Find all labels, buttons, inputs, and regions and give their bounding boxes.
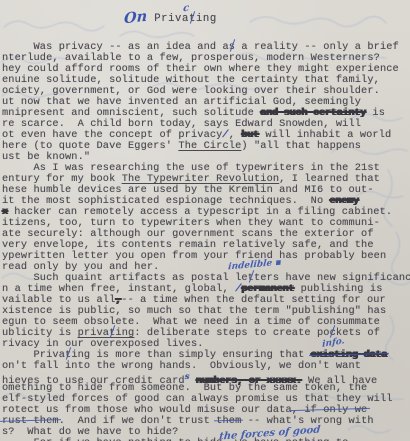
typed-text-layer: Was privacy -- as an idea and as a reali… [0, 0, 410, 441]
typed-line: on't fall into the wrong hands. Obviousl… [2, 361, 361, 372]
manuscript-page: OnPrivating Was privacy -- as an idea an… [0, 0, 410, 441]
handwritten-annotation: info. [322, 336, 345, 350]
handwritten-annotation: c [183, 2, 189, 14]
